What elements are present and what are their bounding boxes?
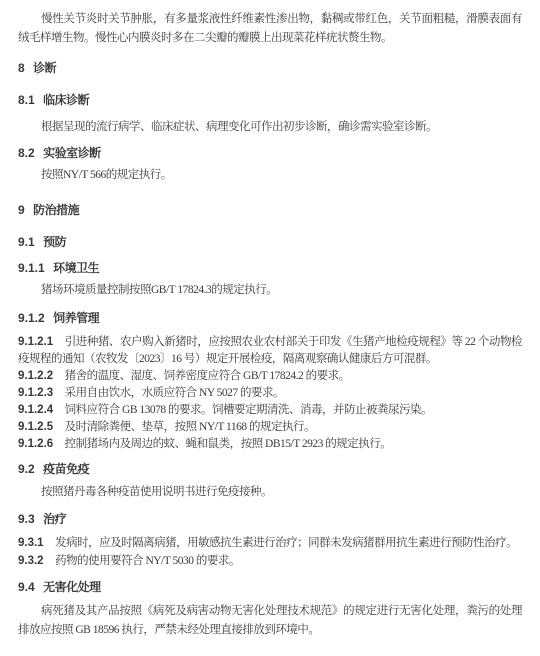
clause-9-1-2-6: 9.1.2.6控制猪场内及周边的蚊、蝇和鼠类，按照 DB15/T 2923 的规…	[18, 436, 522, 453]
heading-number: 9.3	[18, 510, 35, 529]
environment-hygiene-paragraph: 猪场环境质量控制按照GB/T 17824.3的规定执行。	[18, 281, 522, 300]
heading-number: 9.1.1	[18, 259, 45, 278]
heading-title: 治疗	[43, 512, 66, 526]
heading-9-prevention-control: 9防治措施	[18, 201, 522, 220]
clause-9-3-1: 9.3.1发病时，应及时隔离病猪，用敏感抗生素进行治疗；同群未发病猪群用抗生素进…	[18, 535, 522, 552]
clause-number: 9.3.2	[18, 555, 44, 567]
clause-text: 引进种猪、农户购入新猪时，应按照农业农村部关于印发《生猪产地检疫规程》等 22 …	[18, 336, 522, 365]
lab-diagnosis-paragraph: 按照NY/T 566的规定执行。	[18, 166, 522, 185]
clause-number: 9.1.2.6	[18, 438, 53, 450]
heading-8-2-lab-diagnosis: 8.2实验室诊断	[18, 144, 522, 163]
clause-number: 9.3.1	[18, 537, 44, 549]
clause-9-1-2-5: 9.1.2.5及时清除粪便、垫草，按照 NY/T 1168 的规定执行。	[18, 419, 522, 436]
heading-title: 环境卫生	[53, 261, 99, 275]
heading-number: 8.2	[18, 144, 35, 163]
heading-number: 9	[18, 201, 25, 220]
clause-9-1-2-2: 9.1.2.2猪舍的温度、湿度、饲养密度应符合 GB/T 17824.2 的要求…	[18, 368, 522, 385]
heading-number: 8	[18, 59, 25, 78]
clause-text: 饲料应符合 GB 13078 的要求。饲槽要定期清洗、消毒，并防止被粪尿污染。	[65, 404, 432, 416]
clause-9-1-2-3: 9.1.2.3采用自由饮水，水质应符合 NY 5027 的要求。	[18, 385, 522, 402]
clause-text: 采用自由饮水，水质应符合 NY 5027 的要求。	[65, 387, 284, 399]
document-page: 慢性关节炎时关节肿胀，有多量浆液性纤维素性渗出物，黏稠或带红色，关节面粗糙，滑膜…	[0, 0, 540, 656]
clause-9-3-2: 9.3.2药物的使用要符合 NY/T 5030 的要求。	[18, 553, 522, 570]
heading-title: 无害化处理	[43, 580, 101, 594]
heading-number: 9.2	[18, 460, 35, 479]
heading-8-diagnosis: 8诊断	[18, 59, 522, 78]
clause-9-1-2-4: 9.1.2.4饲料应符合 GB 13078 的要求。饲槽要定期清洗、消毒，并防止…	[18, 402, 522, 419]
clause-text: 药物的使用要符合 NY/T 5030 的要求。	[55, 555, 240, 567]
heading-9-4-harmless-disposal: 9.4无害化处理	[18, 578, 522, 597]
heading-number: 8.1	[18, 91, 35, 110]
heading-9-2-vaccination: 9.2疫苗免疫	[18, 460, 522, 479]
chronic-signs-paragraph: 慢性关节炎时关节肿胀，有多量浆液性纤维素性渗出物，黏稠或带红色，关节面粗糙，滑膜…	[18, 10, 522, 48]
clause-number: 9.1.2.3	[18, 387, 53, 399]
clause-number: 9.1.2.1	[18, 336, 53, 348]
heading-9-1-prevention: 9.1预防	[18, 233, 522, 252]
clinical-diagnosis-paragraph: 根据呈现的流行病学、临床症状、病理变化可作出初步诊断，确诊需实验室诊断。	[18, 118, 522, 137]
heading-number: 9.1.2	[18, 309, 45, 328]
harmless-disposal-paragraph: 病死猪及其产品按照《病死及病害动物无害化处理技术规范》的规定进行无害化处理，粪污…	[18, 602, 522, 640]
heading-title: 饲养管理	[53, 311, 99, 325]
heading-9-1-2-feeding-management: 9.1.2饲养管理	[18, 309, 522, 328]
clause-9-1-2-1: 9.1.2.1引进种猪、农户购入新猪时，应按照农业农村部关于印发《生猪产地检疫规…	[18, 334, 522, 368]
clause-number: 9.1.2.2	[18, 370, 53, 382]
heading-title: 疫苗免疫	[43, 462, 89, 476]
heading-8-1-clinical-diagnosis: 8.1临床诊断	[18, 91, 522, 110]
heading-9-3-treatment: 9.3治疗	[18, 510, 522, 529]
heading-9-1-1-environment-hygiene: 9.1.1环境卫生	[18, 259, 522, 278]
vaccination-paragraph: 按照猪丹毒各种疫苗使用说明书进行免疫接种。	[18, 483, 522, 502]
clause-text: 及时清除粪便、垫草，按照 NY/T 1168 的规定执行。	[65, 421, 315, 433]
heading-title: 临床诊断	[43, 93, 89, 107]
heading-title: 诊断	[33, 61, 56, 75]
heading-title: 预防	[43, 235, 66, 249]
heading-title: 实验室诊断	[43, 146, 101, 160]
heading-title: 防治措施	[33, 203, 79, 217]
heading-number: 9.4	[18, 578, 35, 597]
clause-number: 9.1.2.4	[18, 404, 53, 416]
heading-number: 9.1	[18, 233, 35, 252]
clause-text: 猪舍的温度、湿度、饲养密度应符合 GB/T 17824.2 的要求。	[65, 370, 350, 382]
clause-text: 发病时，应及时隔离病猪，用敏感抗生素进行治疗；同群未发病猪群用抗生素进行预防性治…	[55, 537, 517, 549]
clause-text: 控制猪场内及周边的蚊、蝇和鼠类，按照 DB15/T 2923 的规定执行。	[65, 438, 392, 450]
clause-number: 9.1.2.5	[18, 421, 53, 433]
